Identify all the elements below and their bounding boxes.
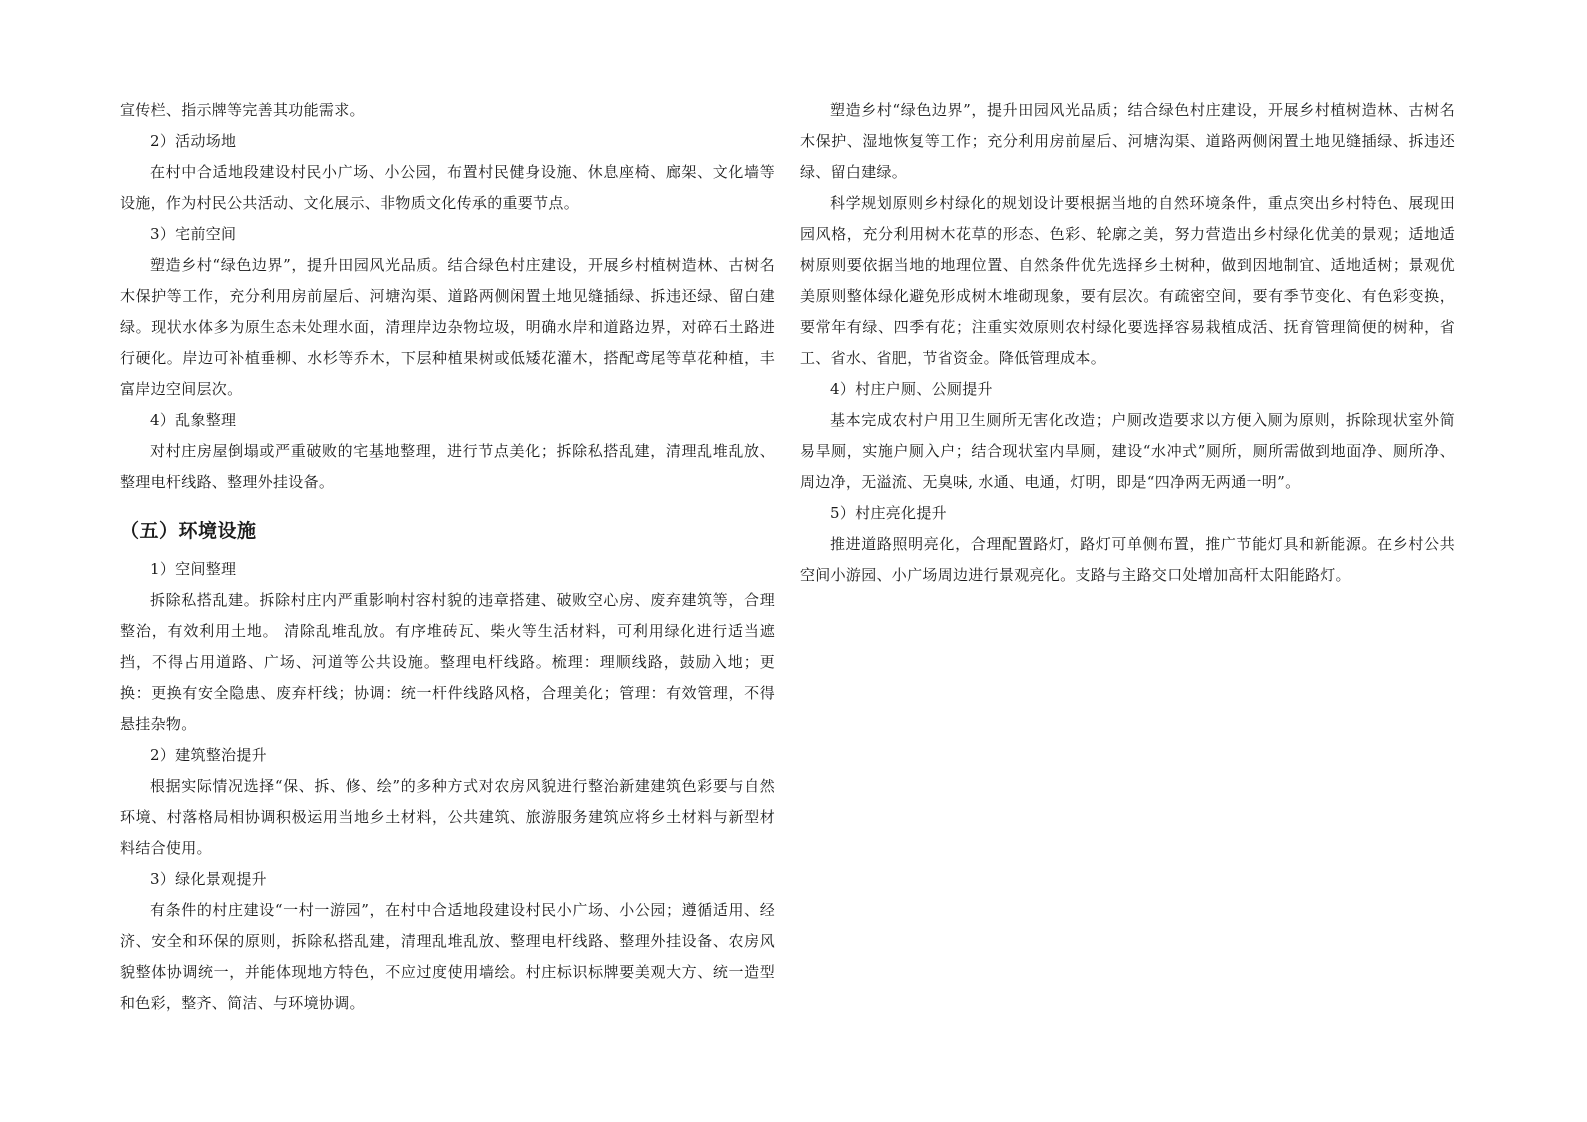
paragraph-planning-principles: 科学规划原则乡村绿化的规划设计要根据当地的自然环境条件，重点突出乡村特色、展现田… xyxy=(800,188,1455,374)
subheading-space-cleanup: 1）空间整理 xyxy=(120,554,775,585)
left-column: 宣传栏、指示牌等完善其功能需求。 2）活动场地 在村中合适地段建设村民小广场、小… xyxy=(120,95,775,1019)
paragraph-activity-space: 在村中合适地段建设村民小广场、小公园，布置村民健身设施、休息座椅、廊架、文化墙等… xyxy=(120,157,775,219)
subheading-front-yard: 3）宅前空间 xyxy=(120,219,775,250)
subheading-building-renovation: 2）建筑整治提升 xyxy=(120,740,775,771)
section-title-environment: （五）环境设施 xyxy=(120,516,775,546)
paragraph-front-yard: 塑造乡村“绿色边界”，提升田园风光品质。结合绿色村庄建设，开展乡村植树造林、古树… xyxy=(120,250,775,405)
right-column: 塑造乡村“绿色边界”，提升田园风光品质；结合绿色村庄建设，开展乡村植树造林、古树… xyxy=(800,95,1455,591)
paragraph-greening: 有条件的村庄建设“一村一游园”，在村中合适地段建设村民小广场、小公园；遵循适用、… xyxy=(120,895,775,1019)
paragraph-disorder-cleanup: 对村庄房屋倒塌或严重破败的宅基地整理，进行节点美化；拆除私搭乱建，清理乱堆乱放、… xyxy=(120,436,775,498)
paragraph-green-boundary: 塑造乡村“绿色边界”，提升田园风光品质；结合绿色村庄建设，开展乡村植树造林、古树… xyxy=(800,95,1455,188)
paragraph-space-cleanup: 拆除私搭乱建。拆除村庄内严重影响村容村貌的违章搭建、破败空心房、废弃建筑等，合理… xyxy=(120,585,775,740)
subheading-disorder-cleanup: 4）乱象整理 xyxy=(120,405,775,436)
paragraph-building-renovation: 根据实际情况选择“保、拆、修、绘”的多种方式对农房风貌进行整治新建建筑色彩要与自… xyxy=(120,771,775,864)
subheading-toilets: 4）村庄户厕、公厕提升 xyxy=(800,374,1455,405)
subheading-lighting: 5）村庄亮化提升 xyxy=(800,498,1455,529)
paragraph-lighting: 推进道路照明亮化，合理配置路灯，路灯可单侧布置，推广节能灯具和新能源。在乡村公共… xyxy=(800,529,1455,591)
paragraph-continuation: 宣传栏、指示牌等完善其功能需求。 xyxy=(120,95,775,126)
subheading-greening: 3）绿化景观提升 xyxy=(120,864,775,895)
paragraph-toilets: 基本完成农村户用卫生厕所无害化改造；户厕改造要求以方便入厕为原则，拆除现状室外简… xyxy=(800,405,1455,498)
subheading-activity-space: 2）活动场地 xyxy=(120,126,775,157)
